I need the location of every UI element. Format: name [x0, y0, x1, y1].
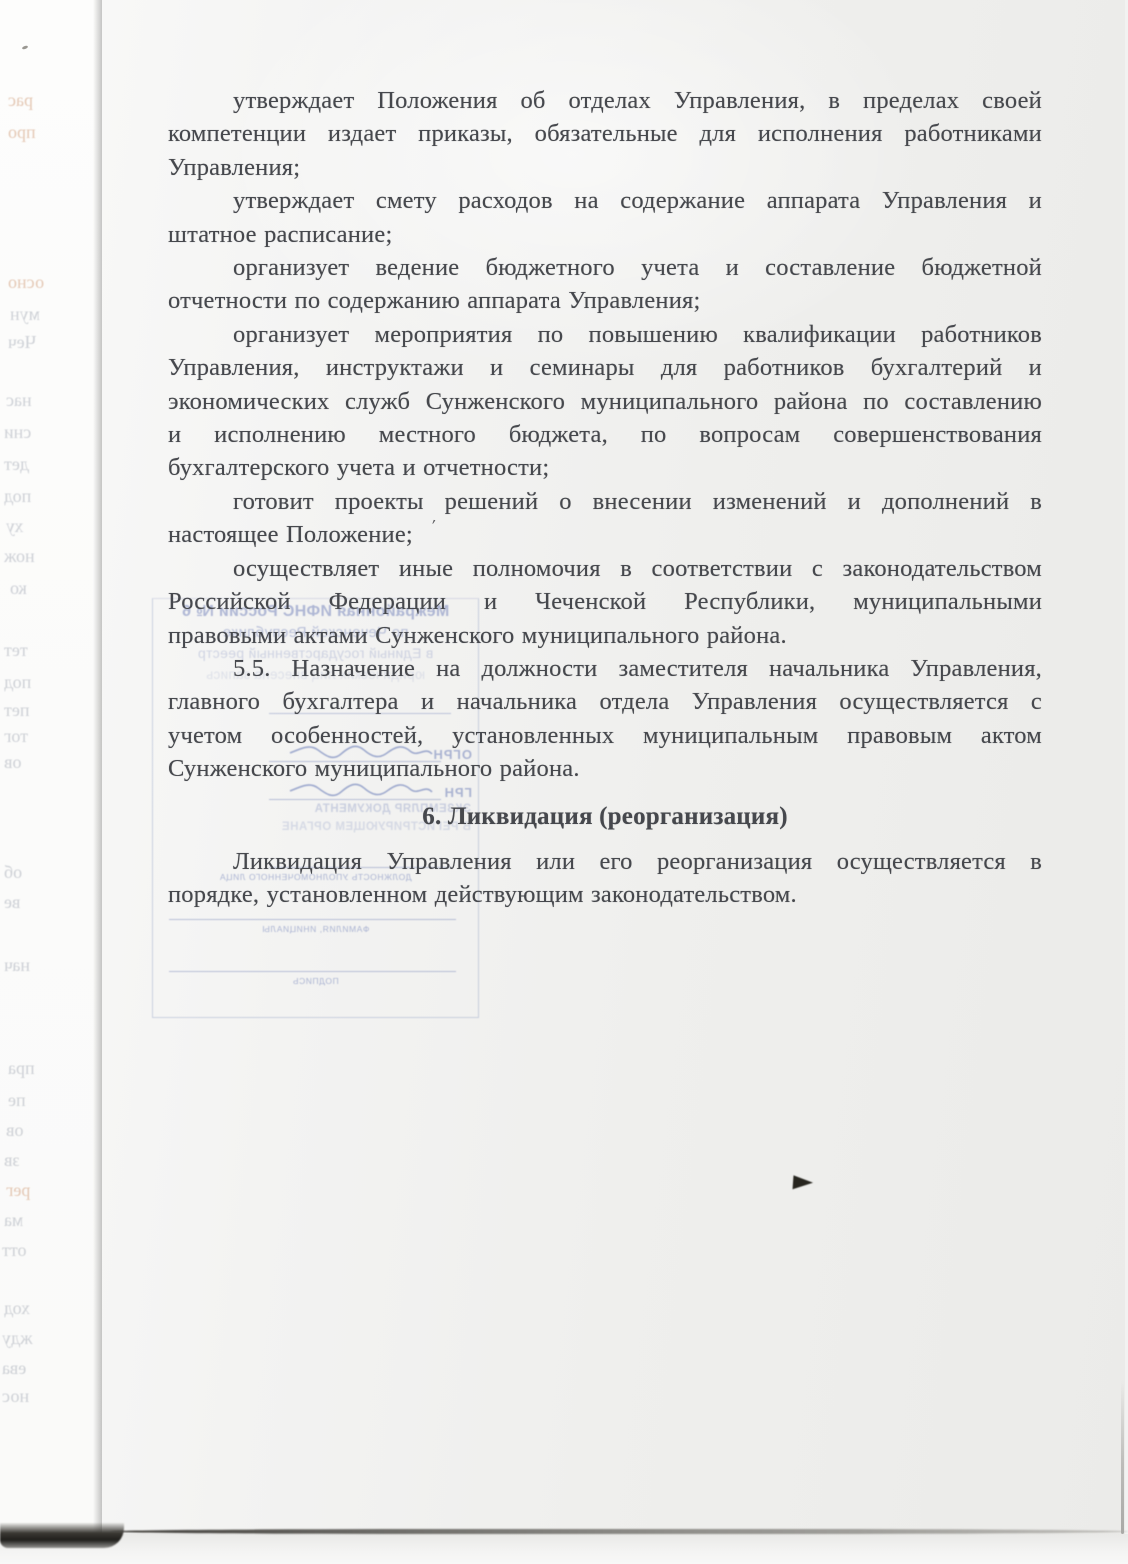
paragraph-line: 5.5. Назначение на должности заместителя… — [168, 652, 1042, 685]
paragraph-line: порядке, установленном действующим закон… — [168, 878, 1042, 911]
section-heading: 6. Ликвидация (реорганизация) — [168, 800, 1042, 833]
bleedthrough-fragment: жду — [2, 1328, 33, 1348]
paragraph-line: готовит проекты решений о внесении измен… — [168, 485, 1042, 518]
bleedthrough-fragment: нас — [6, 390, 32, 410]
bleedthrough-fragment: ко — [10, 578, 27, 598]
body-paragraph: утверждает смету расходов на содержание … — [168, 184, 1042, 251]
body-paragraph: готовит проекты решений о внесении измен… — [168, 485, 1042, 552]
paragraph-line: организует ведение бюджетного учета и со… — [168, 251, 1042, 284]
bleedthrough-fragment: ху — [6, 516, 23, 536]
paragraph-line: учетом особенностей, установленных муниц… — [168, 719, 1042, 752]
page-bottom-edge-line — [110, 1529, 1128, 1534]
paragraph-line: бухгалтерского учета и отчетности; — [168, 451, 1042, 484]
paragraph-line: утверждает Положения об отделах Управлен… — [168, 84, 1042, 117]
paragraph-line: осуществляет иные полномочия в соответст… — [168, 552, 1042, 585]
paragraph-line: организует мероприятия по повышению квал… — [168, 318, 1042, 351]
scanned-document: распроосномунЧечнасснидетподхуножкотетпо… — [0, 0, 1128, 1564]
paragraph-line: главного бухгалтера и начальника отдела … — [168, 685, 1042, 718]
bleedthrough-fragment: осно — [8, 272, 44, 292]
body-paragraph: 5.5. Назначение на должности заместителя… — [168, 652, 1042, 786]
signature-label: фамилия, инициалы — [153, 924, 478, 934]
body-paragraph: организует ведение бюджетного учета и со… — [168, 251, 1042, 318]
page-bottom-edge-left — [0, 1523, 124, 1548]
body-paragraph: Ликвидация Управления или его реорганиза… — [168, 845, 1042, 912]
paragraph-line: Сунженского муниципального района. — [168, 752, 1042, 785]
bleedthrough-fragment: Чеч — [8, 332, 36, 352]
ink-arrow-mark — [793, 1175, 814, 1190]
paragraph-line: Управления, инструктажи и семинары для р… — [168, 351, 1042, 384]
bleedthrough-fragment: нос — [2, 1386, 29, 1406]
paragraph-line: экономических служб Сунженского муниципа… — [168, 385, 1042, 418]
document-page: Межрайонная ИФНС России № 6по Чеченской … — [102, 0, 1125, 1540]
bleedthrough-fragment: ве — [4, 892, 20, 912]
scanner-background-band — [0, 1534, 1128, 1564]
bleedthrough-fragment: рас — [8, 90, 33, 110]
bleedthrough-fragment: ов — [4, 752, 22, 772]
body-paragraph: организует мероприятия по повышению квал… — [168, 318, 1042, 485]
bleedthrough-fragment: тет — [4, 640, 28, 660]
signature-label: подпись — [153, 976, 478, 986]
bleedthrough-fragment: нож — [4, 546, 35, 566]
body-paragraph: утверждает Положения об отделах Управлен… — [168, 84, 1042, 184]
paragraph-line: Управления; — [168, 151, 1042, 184]
bleedthrough-fragment: тог — [4, 726, 28, 746]
paragraph-line: Ликвидация Управления или его реорганиза… — [168, 845, 1042, 878]
bleedthrough-fragment: ма — [4, 1210, 23, 1230]
paragraph-line: Российской Федерации и Чеченской Республ… — [168, 585, 1042, 618]
bleedthrough-fragment: про — [8, 122, 36, 142]
text-block: утверждает Положения об отделах Управлен… — [168, 84, 1042, 912]
paragraph-line: компетенции издает приказы, обязательные… — [168, 117, 1042, 150]
underlying-page-edge: распроосномунЧечнасснидетподхуножкотетпо… — [0, 0, 102, 1538]
bleedthrough-fragment: под — [4, 486, 31, 506]
bleedthrough-fragment: пе — [8, 1090, 26, 1110]
bleedthrough-fragment: ов — [6, 1120, 24, 1140]
body-paragraph: осуществляет иные полномочия в соответст… — [168, 552, 1042, 652]
bleedthrough-fragment: ева — [2, 1358, 26, 1378]
stamp-signature-row: подпись — [153, 971, 478, 1017]
signature-line — [169, 919, 456, 920]
bleedthrough-fragment: мун — [10, 304, 40, 324]
bleedthrough-fragment: пет — [4, 700, 30, 720]
bleedthrough-fragment: об — [4, 862, 22, 882]
bleedthrough-fragment: отт — [2, 1240, 27, 1260]
bleedthrough-fragment: зв — [4, 1150, 20, 1170]
bleedthrough-fragment: дет — [4, 454, 29, 474]
page-right-edge — [1121, 1380, 1124, 1534]
bleedthrough-fragment: рег — [6, 1180, 30, 1200]
paragraph-line: отчетности по содержанию аппарата Управл… — [168, 284, 1042, 317]
signature-line — [169, 971, 456, 972]
bleedthrough-fragment: под — [4, 672, 31, 692]
paragraph-line: настоящее Положение; — [168, 518, 1042, 551]
paragraph-line: утверждает смету расходов на содержание … — [168, 184, 1042, 217]
bleedthrough-fragment: пра — [8, 1058, 35, 1078]
bleedthrough-fragment: сни — [4, 422, 31, 442]
bleedthrough-fragment: нач — [4, 955, 30, 975]
paragraph-line: штатное расписание; — [168, 218, 1042, 251]
paragraph-line: и исполнению местного бюджета, по вопрос… — [168, 418, 1042, 451]
stamp-signature-row: фамилия, инициалы — [153, 919, 478, 965]
paragraph-line: правовыми актами Сунженского муниципальн… — [168, 619, 1042, 652]
bleedthrough-fragment: ход — [4, 1298, 30, 1318]
